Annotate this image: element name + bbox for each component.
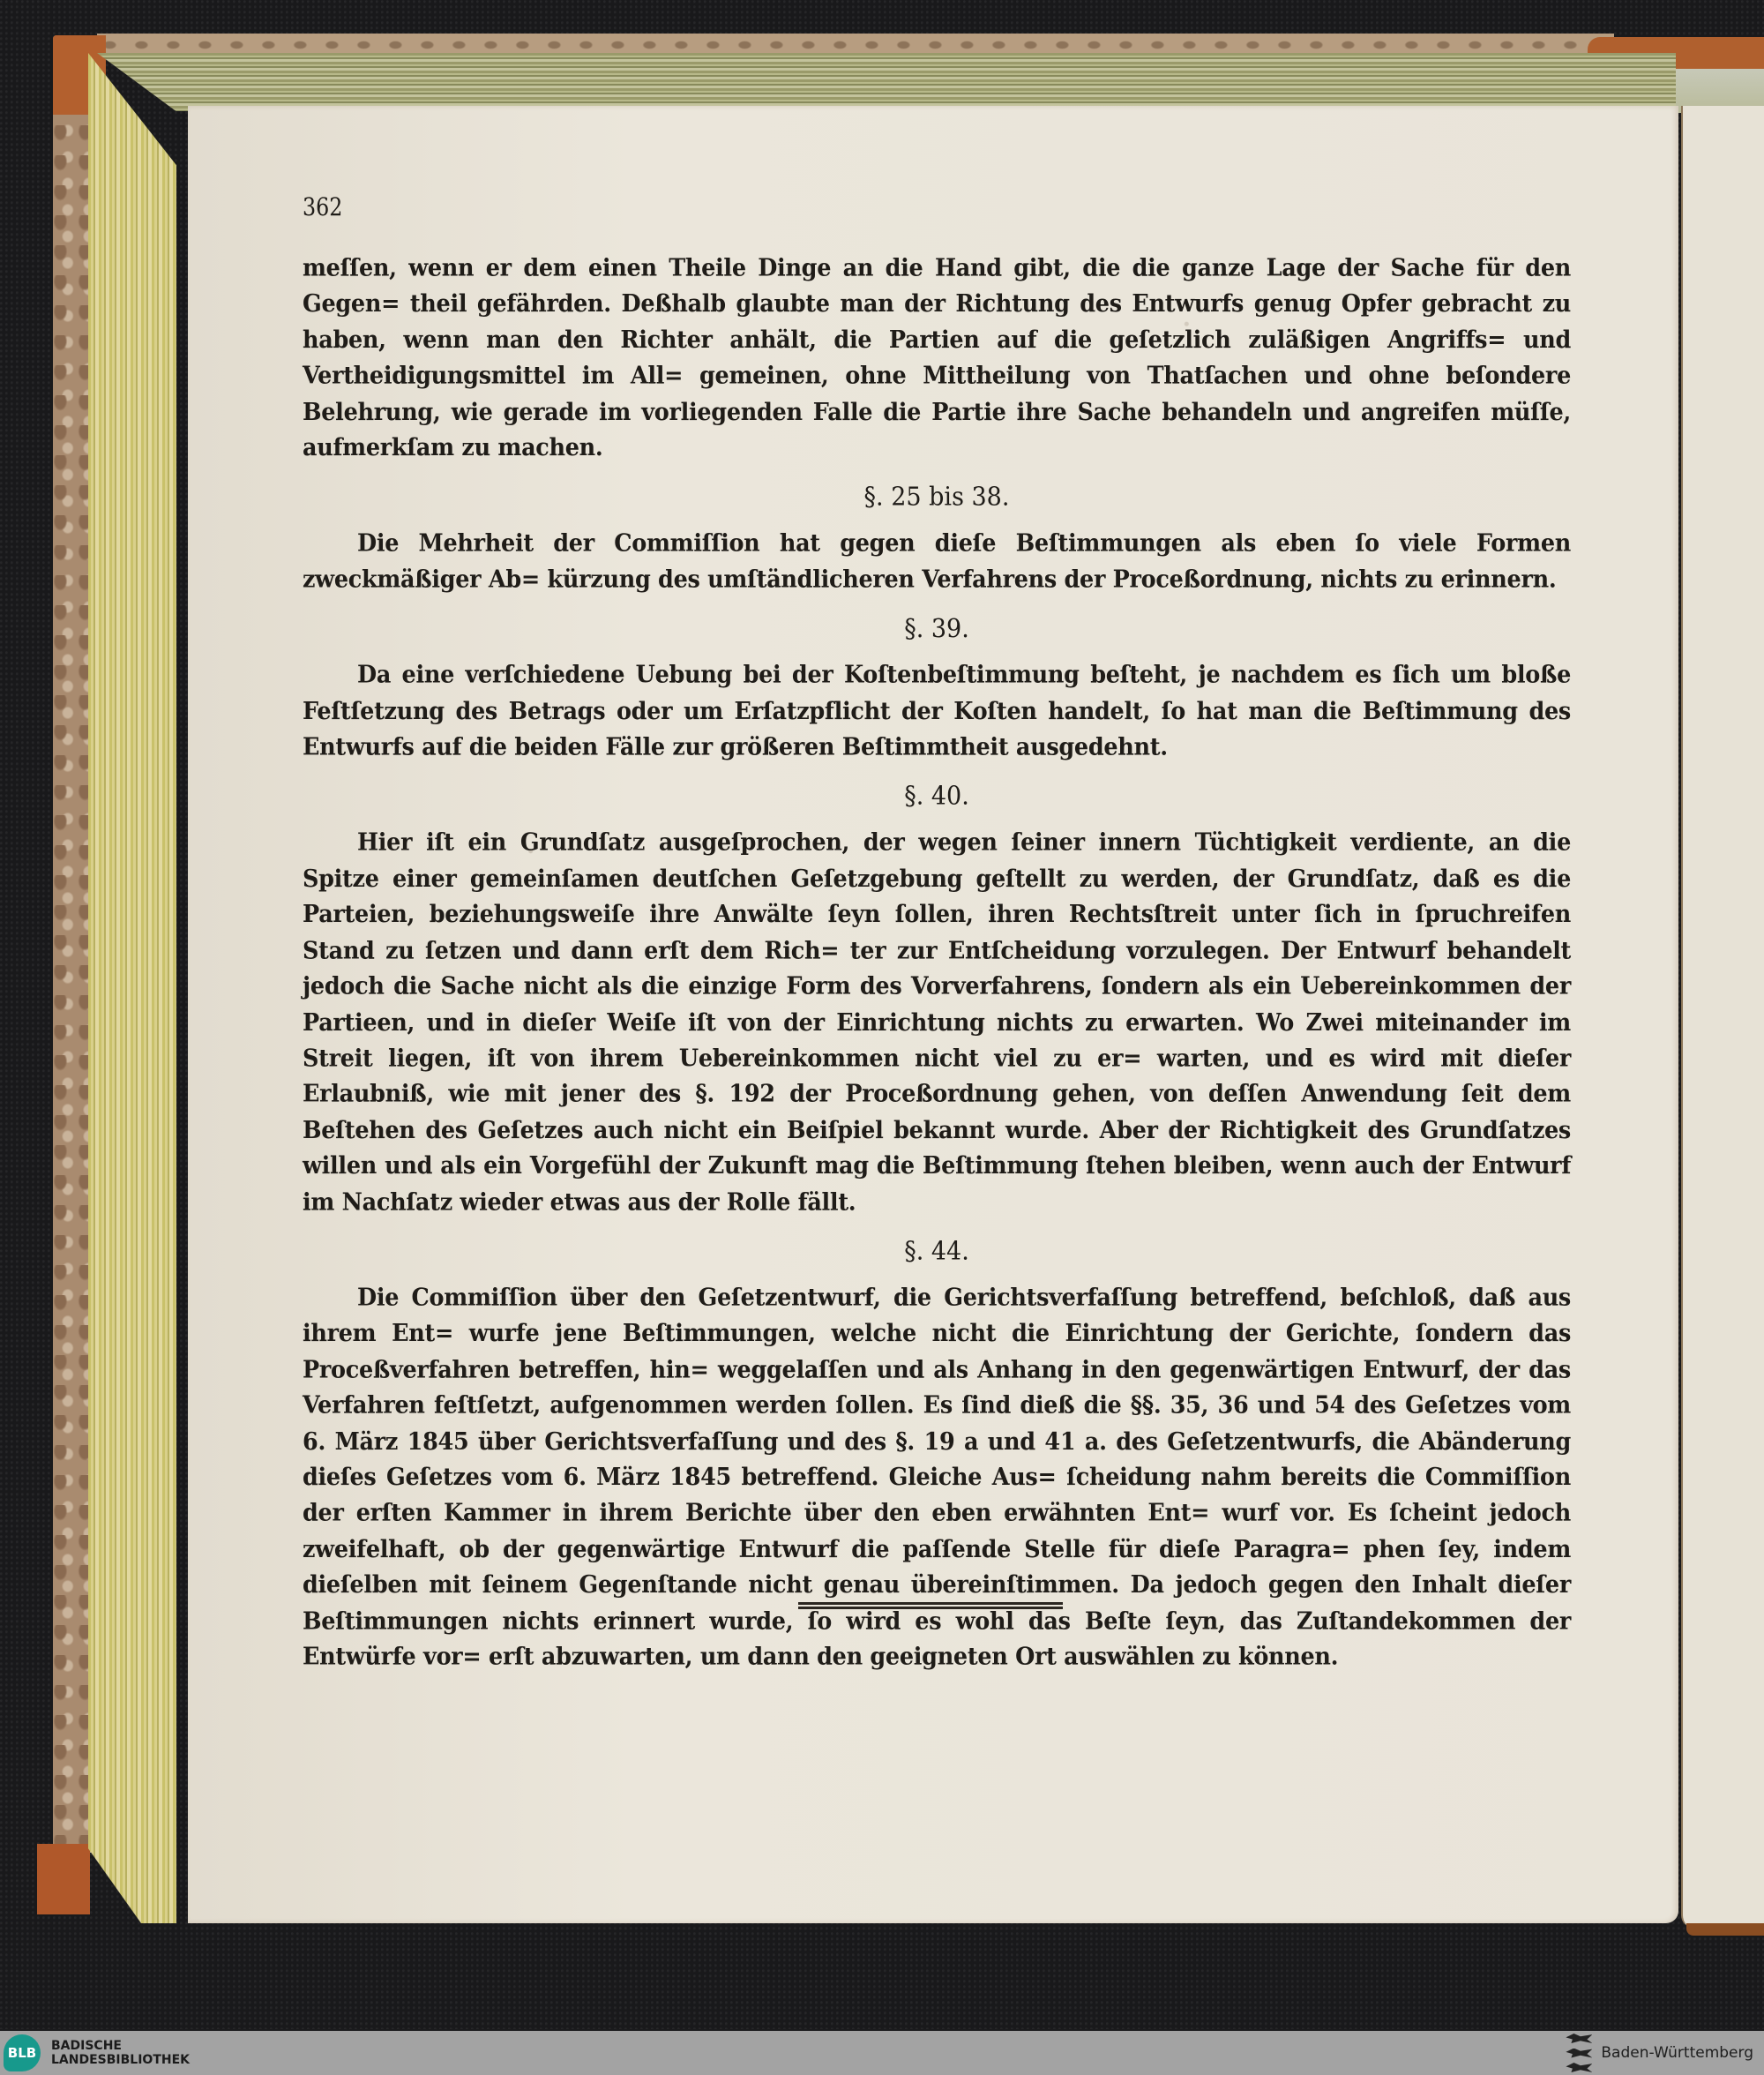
paragraph-39: Da eine verſchiedene Uebung bei der Koſt… (303, 657, 1571, 765)
facing-page-edge (1681, 106, 1764, 1928)
page-stack-top-edge (97, 53, 1676, 111)
paragraph-25-38: Die Mehrheit der Commiſſion hat gegen di… (303, 526, 1571, 597)
bw-brand[interactable]: Baden-Württemberg (1566, 2034, 1753, 2072)
section-heading-44: §. 44. (303, 1233, 1571, 1270)
section-heading-40: §. 40. (303, 778, 1571, 815)
page-number: 362 (303, 192, 342, 221)
paragraph-44: Die Commiſſion über den Geſetzentwurf, d… (303, 1280, 1571, 1675)
section-heading-25-38: §. 25 bis 38. (303, 479, 1571, 516)
book-cover-leather-corner-bottom (37, 1844, 90, 1914)
paragraph-40: Hier iſt ein Grundſatz ausgeſprochen, de… (303, 825, 1571, 1220)
page-stack-left-edge (88, 53, 176, 1923)
footer-bar: BLB BADISCHE LANDESBIBLIOTHEK Baden-Würt… (0, 2031, 1764, 2075)
blb-logo-icon: BLB (4, 2034, 41, 2071)
facing-cover-edge (1686, 1923, 1764, 1936)
paragraph-continuation: meſſen, wenn er dem einen Theile Dinge a… (303, 251, 1571, 466)
blb-brand[interactable]: BLB BADISCHE LANDESBIBLIOTHEK (4, 2034, 190, 2071)
blb-name: BADISCHE LANDESBIBLIOTHEK (51, 2039, 190, 2067)
bw-name: Baden-Württemberg (1601, 2044, 1753, 2062)
section-heading-39: §. 39. (303, 611, 1571, 648)
end-rule-divider (798, 1602, 1063, 1609)
blb-name-line1: BADISCHE (51, 2039, 190, 2053)
page-body: meſſen, wenn er dem einen Theile Dinge a… (303, 251, 1571, 1675)
three-lions-icon (1566, 2034, 1592, 2072)
blb-name-line2: LANDESBIBLIOTHEK (51, 2053, 190, 2067)
